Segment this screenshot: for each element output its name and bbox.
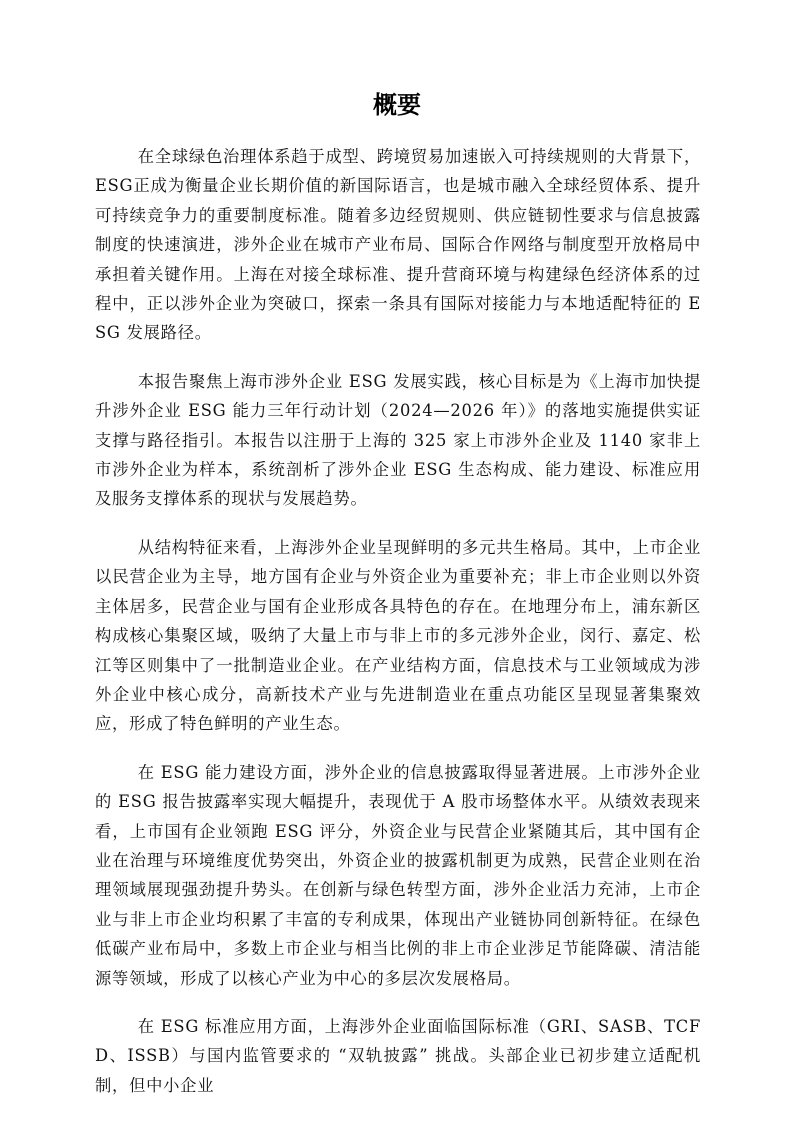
paragraph-structure-features: 从结构特征来看，上海涉外企业呈现鲜明的多元共生格局。其中，上市企业以民营企业为主… — [95, 533, 701, 739]
paragraph-standards-application: 在 ESG 标准应用方面，上海涉外企业面临国际标准（GRI、SASB、TCFD、… — [95, 1012, 701, 1100]
document-body: 在全球绿色治理体系趋于成型、跨境贸易加速嵌入可持续规则的大背景下，ESG正成为衡… — [95, 142, 701, 1119]
paragraph-report-scope: 本报告聚焦上海市涉外企业 ESG 发展实践，核心目标是为《上海市加快提升涉外企业… — [95, 367, 701, 514]
page-title: 概要 — [0, 90, 794, 120]
paragraph-capability-building: 在 ESG 能力建设方面，涉外企业的信息披露取得显著进展。上市涉外企业的 ESG… — [95, 758, 701, 993]
paragraph-background: 在全球绿色治理体系趋于成型、跨境贸易加速嵌入可持续规则的大背景下，ESG正成为衡… — [95, 142, 701, 348]
document-page: 概要 在全球绿色治理体系趋于成型、跨境贸易加速嵌入可持续规则的大背景下，ESG正… — [0, 0, 794, 1123]
